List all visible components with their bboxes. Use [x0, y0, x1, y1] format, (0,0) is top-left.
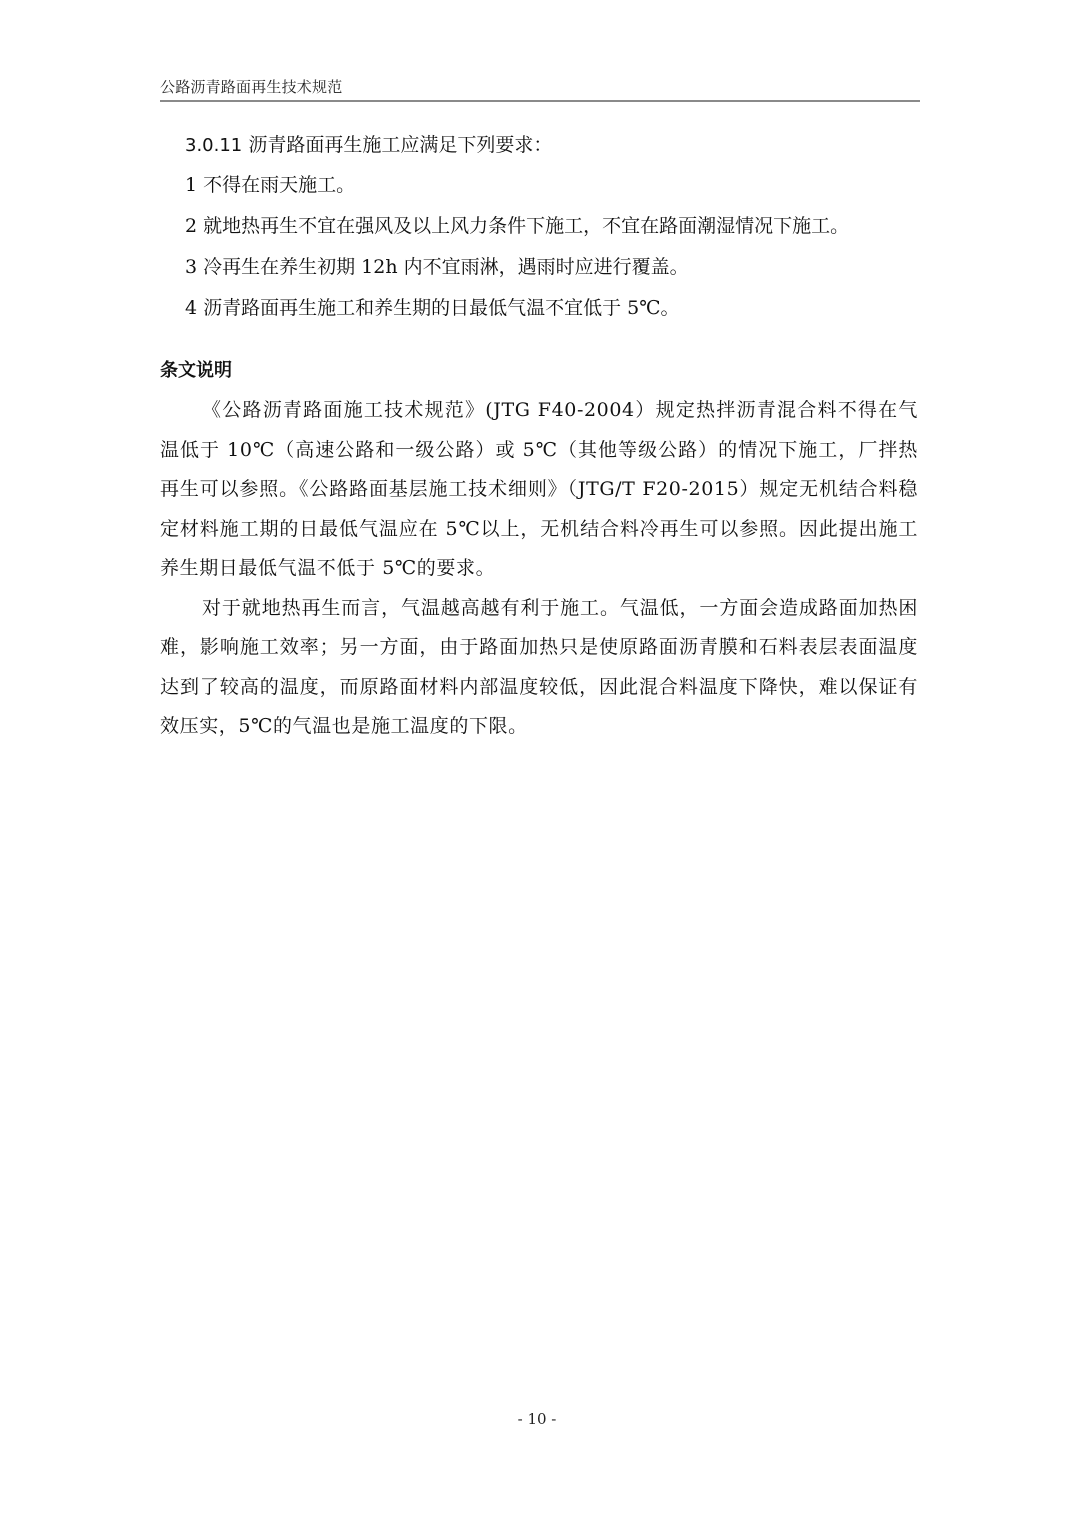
running-header: 公路沥青路面再生技术规范	[160, 76, 920, 102]
explanation-paragraph-2: 对于就地热再生而言，气温越高越有利于施工。气温低，一方面会造成路面加热困难，影响…	[160, 589, 918, 747]
page-body: 3.0.11 沥青路面再生施工应满足下列要求： 1 不得在雨天施工。 2 就地热…	[160, 126, 918, 747]
clause-title: 沥青路面再生施工应满足下列要求：	[248, 134, 552, 156]
page-number: - 10 -	[0, 1410, 1074, 1428]
document-title: 公路沥青路面再生技术规范	[160, 76, 920, 98]
clause-item-3: 3 冷再生在养生初期 12h 内不宜雨淋，遇雨时应进行覆盖。	[160, 247, 918, 288]
clause-item-2: 2 就地热再生不宜在强风及以上风力条件下施工，不宜在路面潮湿情况下施工。	[160, 206, 918, 247]
explanation-heading: 条文说明	[160, 359, 918, 383]
clause-item-1: 1 不得在雨天施工。	[160, 165, 918, 206]
clause-number: 3.0.11	[185, 135, 242, 156]
explanation-paragraph-1: 《公路沥青路面施工技术规范》(JTG F40-2004）规定热拌沥青混合料不得在…	[160, 391, 918, 589]
clause-item-4: 4 沥青路面再生施工和养生期的日最低气温不宜低于 5℃。	[160, 288, 918, 329]
clause-heading: 3.0.11 沥青路面再生施工应满足下列要求：	[160, 126, 918, 165]
